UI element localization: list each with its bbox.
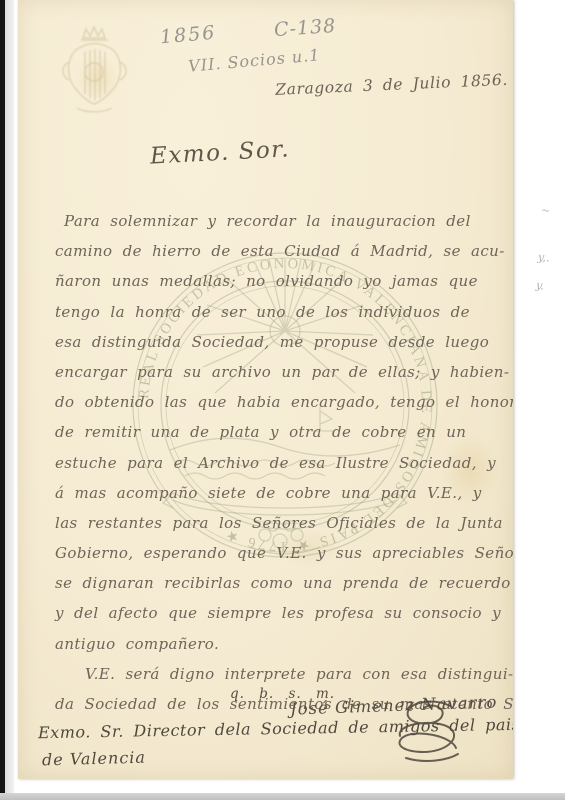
letter-line: esa distinguida Sociedad, me propuse des… (55, 327, 513, 357)
annotation-year: 1856 (159, 22, 217, 49)
edge-mark: ~ (540, 203, 551, 217)
edge-mark: y,. (537, 250, 550, 264)
edge-mark: y. (535, 278, 545, 292)
letter-line: ñaron unas medallas; no olvidando yo jam… (55, 266, 513, 296)
embossed-seal-icon (57, 24, 132, 116)
letter-line: V.E. será digno interprete para con esa … (55, 659, 513, 689)
letter-line: se dignaran recibirlas como una prenda d… (55, 568, 513, 598)
letter-line: camino de hierro de esta Ciudad á Madrid… (55, 236, 513, 266)
letter-line: encargar para su archivo un par de ellas… (55, 357, 513, 387)
letter-line: antiguo compañero. (55, 629, 513, 659)
letter-line: tengo la honra de ser uno de los individ… (55, 297, 513, 327)
annotation-shelfmark: VII. Socios u.1 (187, 45, 321, 75)
letter-line: Gobierno, esperando que V.E. y sus aprec… (55, 538, 513, 568)
scanner-gutter (5, 0, 14, 800)
letter-salutation: Exmo. Sor. (149, 136, 290, 169)
letter-line: á mas acompaño siete de cobre una para V… (55, 478, 513, 508)
letter-line: estuche para el Archivo de esa Ilustre S… (55, 448, 513, 478)
letter-line: Para solemnizar y recordar la inauguraci… (55, 206, 513, 236)
annotation-code: C-138 (273, 15, 337, 41)
scanned-letter-page: REAL SOCIEDAD ECONOMICA VALENCIANA DE AM… (0, 0, 565, 800)
letter-line: y del afecto que siempre les profesa su … (55, 598, 513, 628)
letter-body: Para solemnizar y recordar la inauguraci… (55, 206, 513, 719)
letter-paper: REAL SOCIEDAD ECONOMICA VALENCIANA DE AM… (18, 0, 513, 779)
letter-dateline: Zaragoza 3 de Julio 1856. (266, 71, 509, 100)
letter-addressee-place: de Valencia (42, 748, 146, 770)
letter-line: do obtenido las que habia encargado, ten… (55, 387, 513, 417)
scanner-bed-strip (0, 793, 565, 800)
letter-line: de remitir una de plata y otra de cobre … (55, 417, 513, 447)
letter-line: las restantes para los Señores Oficiales… (55, 508, 513, 538)
